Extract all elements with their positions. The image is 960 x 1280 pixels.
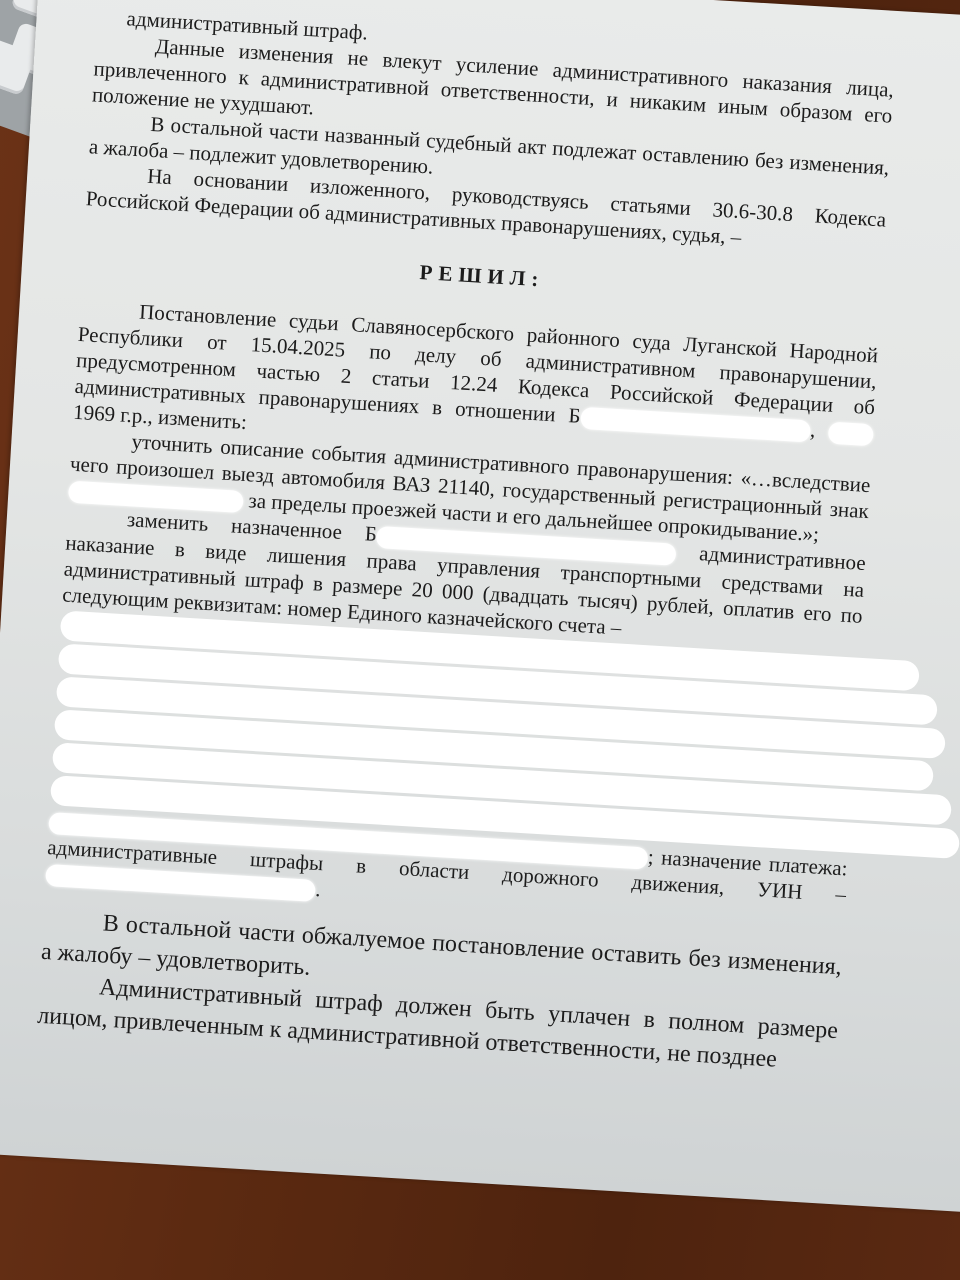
document-page: административный штраф. Данные изменения… <box>0 0 960 1212</box>
redaction <box>828 422 874 447</box>
text: . <box>315 877 322 901</box>
document-body: административный штраф. Данные изменения… <box>36 3 896 1079</box>
text: , <box>809 418 829 443</box>
